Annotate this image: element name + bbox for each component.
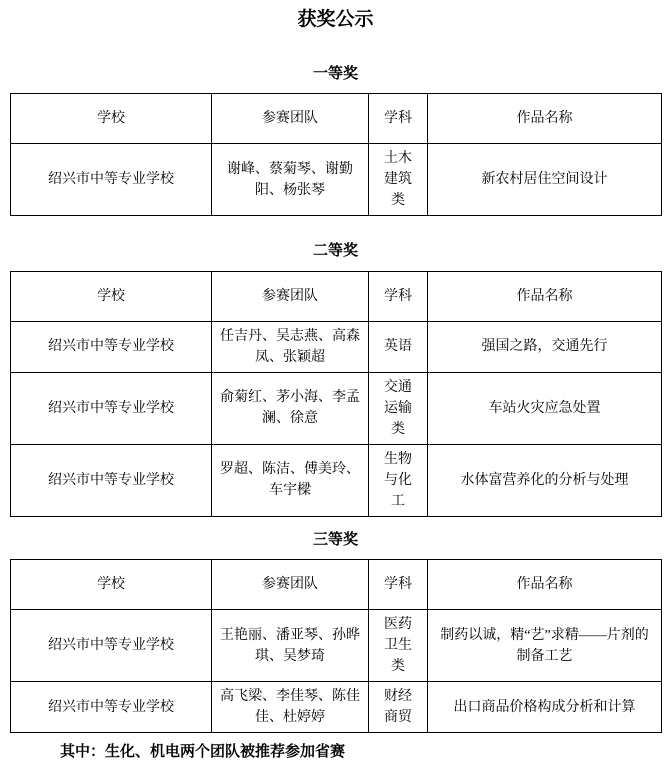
header-subject: 学科 — [369, 560, 428, 610]
table-row: 绍兴市中等专业学校 罗超、陈洁、傅美玲、车宇樑 生物与化工 水体富营养化的分析与… — [11, 444, 662, 516]
table-row: 绍兴市中等专业学校 俞菊红、茅小海、李孟澜、徐意 交通运输类 车站火灾应急处置 — [11, 372, 662, 444]
award-section: 二等奖 学校 参赛团队 学科 作品名称 绍兴市中等专业学校 任吉丹、吴志燕、高森… — [10, 242, 661, 517]
table-row: 绍兴市中等专业学校 任吉丹、吴志燕、高森凤、张颖超 英语 强国之路，交通先行 — [11, 321, 662, 372]
cell-school: 绍兴市中等专业学校 — [11, 321, 212, 372]
award-table: 学校 参赛团队 学科 作品名称 绍兴市中等专业学校 王艳丽、潘亚琴、孙晔琪、吴梦… — [10, 559, 662, 733]
award-table: 学校 参赛团队 学科 作品名称 绍兴市中等专业学校 任吉丹、吴志燕、高森凤、张颖… — [10, 271, 662, 517]
footer-note: 其中：生化、机电两个团队被推荐参加省赛 — [10, 742, 661, 763]
cell-team: 任吉丹、吴志燕、高森凤、张颖超 — [212, 321, 369, 372]
cell-team: 谢峰、蔡菊琴、谢勤阳、杨张琴 — [212, 144, 369, 216]
cell-work: 车站火灾应急处置 — [428, 372, 662, 444]
section-heading: 二等奖 — [10, 242, 661, 262]
cell-school: 绍兴市中等专业学校 — [11, 372, 212, 444]
award-section: 三等奖 学校 参赛团队 学科 作品名称 绍兴市中等专业学校 王艳丽、潘亚琴、孙晔… — [10, 531, 661, 734]
cell-subject: 生物与化工 — [369, 444, 428, 516]
table-header-row: 学校 参赛团队 学科 作品名称 — [11, 94, 662, 144]
cell-team: 罗超、陈洁、傅美玲、车宇樑 — [212, 444, 369, 516]
cell-school: 绍兴市中等专业学校 — [11, 610, 212, 682]
cell-work: 出口商品价格构成分析和计算 — [428, 682, 662, 733]
header-school: 学校 — [11, 271, 212, 321]
cell-subject: 医药卫生类 — [369, 610, 428, 682]
header-team: 参赛团队 — [212, 94, 369, 144]
table-row: 绍兴市中等专业学校 高飞梁、李佳琴、陈佳佳、杜婷婷 财经商贸 出口商品价格构成分… — [11, 682, 662, 733]
header-school: 学校 — [11, 560, 212, 610]
header-school: 学校 — [11, 94, 212, 144]
cell-subject: 财经商贸 — [369, 682, 428, 733]
header-subject: 学科 — [369, 271, 428, 321]
cell-subject: 英语 — [369, 321, 428, 372]
award-section: 一等奖 学校 参赛团队 学科 作品名称 绍兴市中等专业学校 谢峰、蔡菊琴、谢勤阳… — [10, 65, 661, 217]
page-title: 获奖公示 — [10, 8, 661, 33]
table-row: 绍兴市中等专业学校 王艳丽、潘亚琴、孙晔琪、吴梦琦 医药卫生类 制药以诚，精“艺… — [11, 610, 662, 682]
cell-team: 王艳丽、潘亚琴、孙晔琪、吴梦琦 — [212, 610, 369, 682]
cell-work: 水体富营养化的分析与处理 — [428, 444, 662, 516]
cell-school: 绍兴市中等专业学校 — [11, 144, 212, 216]
document-page: 获奖公示 一等奖 学校 参赛团队 学科 作品名称 绍兴市中等专业学校 谢峰、蔡菊… — [0, 0, 671, 771]
sections: 一等奖 学校 参赛团队 学科 作品名称 绍兴市中等专业学校 谢峰、蔡菊琴、谢勤阳… — [10, 65, 661, 734]
table-row: 绍兴市中等专业学校 谢峰、蔡菊琴、谢勤阳、杨张琴 土木建筑类 新农村居住空间设计 — [11, 144, 662, 216]
cell-school: 绍兴市中等专业学校 — [11, 682, 212, 733]
table-header-row: 学校 参赛团队 学科 作品名称 — [11, 271, 662, 321]
award-table: 学校 参赛团队 学科 作品名称 绍兴市中等专业学校 谢峰、蔡菊琴、谢勤阳、杨张琴… — [10, 93, 662, 216]
table-header-row: 学校 参赛团队 学科 作品名称 — [11, 560, 662, 610]
cell-team: 高飞梁、李佳琴、陈佳佳、杜婷婷 — [212, 682, 369, 733]
header-team: 参赛团队 — [212, 560, 369, 610]
header-work: 作品名称 — [428, 271, 662, 321]
section-heading: 三等奖 — [10, 531, 661, 551]
cell-work: 新农村居住空间设计 — [428, 144, 662, 216]
header-team: 参赛团队 — [212, 271, 369, 321]
header-subject: 学科 — [369, 94, 428, 144]
header-work: 作品名称 — [428, 94, 662, 144]
cell-work: 制药以诚，精“艺”求精——片剂的制备工艺 — [428, 610, 662, 682]
cell-school: 绍兴市中等专业学校 — [11, 444, 212, 516]
cell-work: 强国之路，交通先行 — [428, 321, 662, 372]
header-work: 作品名称 — [428, 560, 662, 610]
cell-subject: 土木建筑类 — [369, 144, 428, 216]
section-heading: 一等奖 — [10, 65, 661, 85]
cell-team: 俞菊红、茅小海、李孟澜、徐意 — [212, 372, 369, 444]
cell-subject: 交通运输类 — [369, 372, 428, 444]
